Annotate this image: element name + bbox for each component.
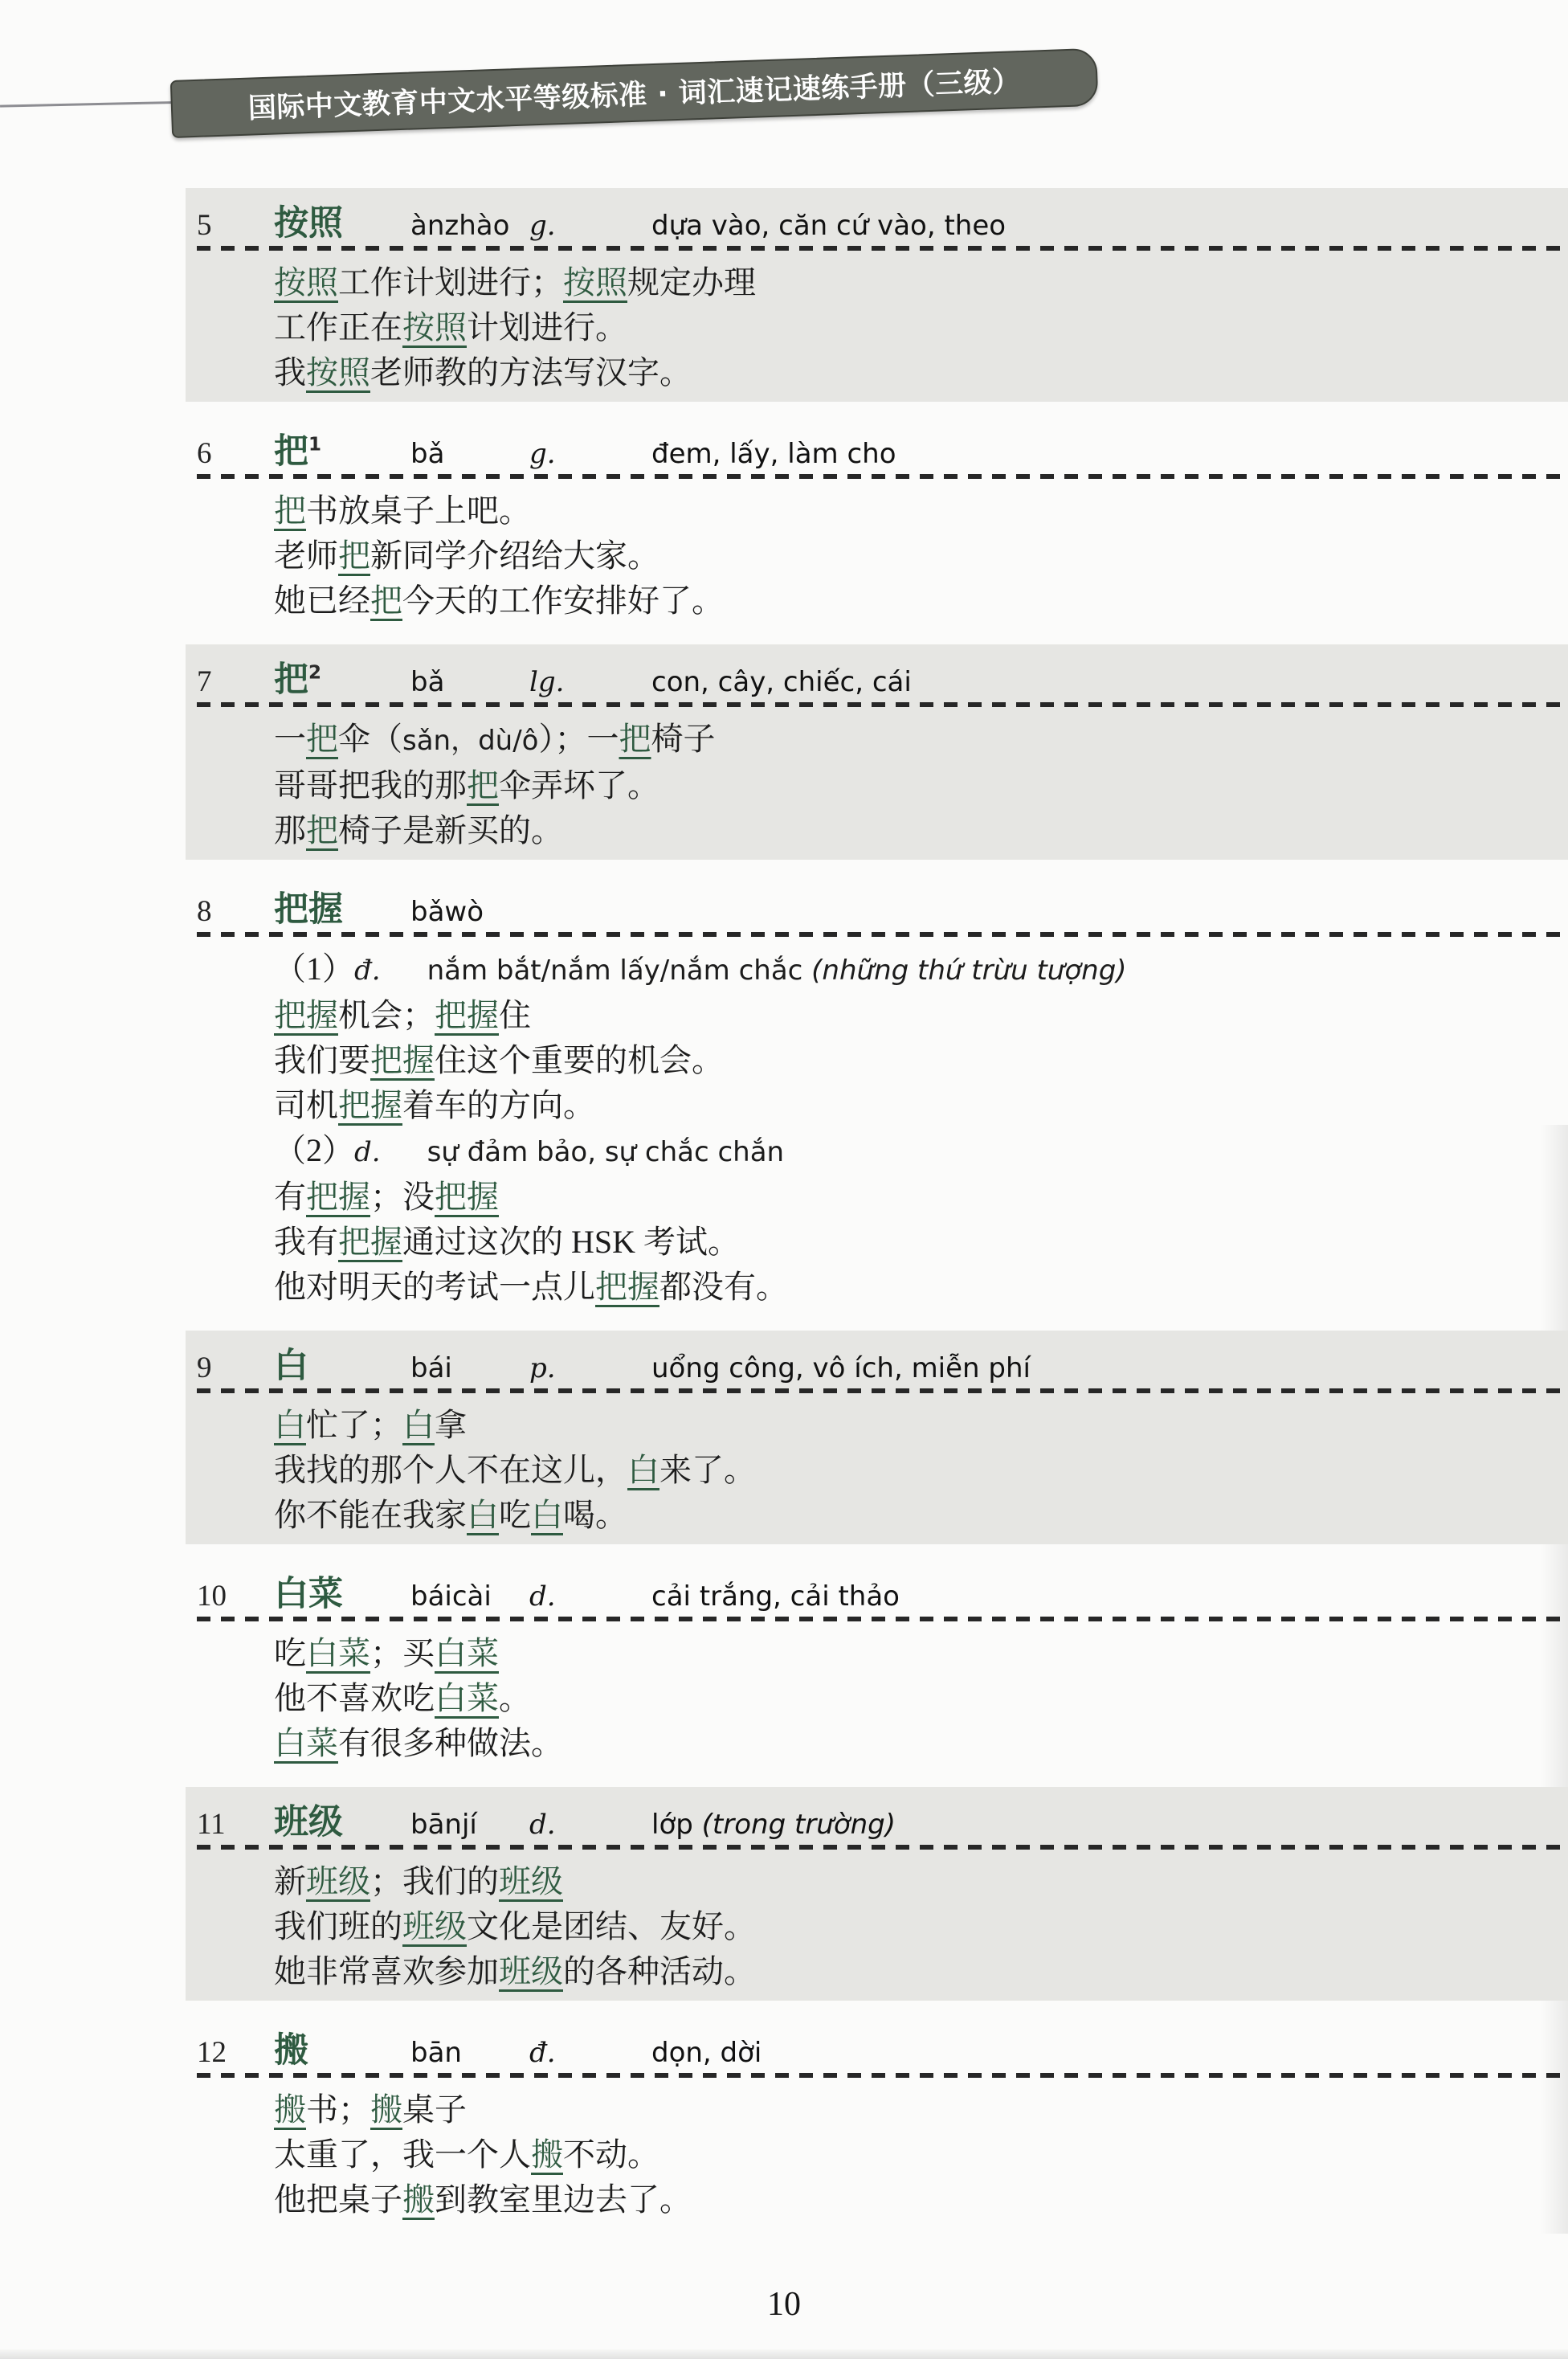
text-segment: 计划进行。: [467, 309, 627, 345]
headword-occurrence: 白: [402, 1407, 435, 1443]
vocab-entry-8: 8把握bǎwò（1）đ.nắm bắt/nắm lấy/nắm chắc (nh…: [197, 877, 1566, 1311]
headword-superscript: 1: [308, 435, 321, 456]
text-segment: 今天的工作安排好了。: [402, 583, 724, 619]
text-segment: 住: [499, 997, 531, 1033]
text-segment: 有: [274, 1179, 306, 1215]
vocab-entry-7: 7把2bǎlg.con, cây, chiếc, cái一把伞（sǎn，dù/ô…: [197, 648, 1566, 855]
text-segment: con, cây, chiếc, cái: [651, 666, 912, 698]
meaning: lớp (trong trường): [651, 1809, 1566, 1841]
vocab-entry-6: 6把1bǎg.đem, lấy, làm cho把书放桌子上吧。老师把新同学介绍…: [197, 419, 1566, 625]
text-segment: 的各种活动。: [563, 1953, 756, 1989]
text-segment: 他不喜欢吃: [274, 1680, 435, 1716]
text-segment: 我找的那个人不在这儿，: [274, 1452, 627, 1488]
entry-number: 12: [197, 2035, 274, 2070]
text-segment: ；我们的: [370, 1863, 499, 1899]
headword: 把1: [274, 424, 410, 473]
text-segment: 他对明天的考试一点儿: [274, 1269, 595, 1305]
headword-occurrence: 班级: [402, 1908, 467, 1944]
headword-occurrence: 把: [370, 583, 402, 619]
text-segment: đem, lấy, làm cho: [651, 438, 896, 470]
text-segment: 吃: [499, 1497, 531, 1533]
entry-number: 10: [197, 1579, 274, 1613]
headword-occurrence: 把握: [370, 1042, 435, 1078]
entry-header: 11班级bānjíd.lớp (trong trường): [197, 1795, 1566, 1843]
example-line: 我们班的班级文化是团结、友好。: [274, 1904, 1566, 1949]
text-segment: 新同学介绍给大家。: [370, 538, 659, 574]
headword-occurrence: 白菜: [435, 1635, 499, 1671]
text-segment: 他把桌子: [274, 2181, 402, 2218]
text-segment: 文化是团结、友好。: [467, 1908, 756, 1944]
text-segment: 到教室里边去了。: [435, 2181, 692, 2218]
headword-occurrence: 把握: [435, 1179, 499, 1215]
text-segment: 来了。: [659, 1452, 756, 1488]
example-line: 工作正在按照计划进行。: [274, 305, 1566, 350]
entry-header: 7把2bǎlg.con, cây, chiếc, cái: [197, 652, 1566, 701]
example-line: 他不喜欢吃白菜。: [274, 1676, 1566, 1721]
example-line: 搬书；搬桌子: [274, 2087, 1566, 2132]
text-segment: 着车的方向。: [402, 1087, 595, 1123]
headword-occurrence: 班级: [499, 1863, 563, 1899]
headword-pinyin: báicài: [410, 1580, 529, 1613]
part-of-speech: đ.: [529, 2037, 651, 2069]
headword: 把2: [274, 652, 410, 701]
text-segment: 伞弄坏了。: [499, 767, 659, 803]
headword-pinyin: bái: [410, 1352, 529, 1384]
text-segment: 书放桌子上吧。: [306, 493, 531, 529]
headword-occurrence: 搬: [402, 2181, 435, 2218]
vocab-entry-10: 10白菜báicàid.cải trắng, cải thảo吃白菜；买白菜他不…: [197, 1562, 1566, 1768]
text-segment: dọn, dời: [651, 2037, 762, 2069]
example-line: 白忙了；白拿: [274, 1403, 1566, 1448]
page-number: 10: [0, 2285, 1568, 2324]
text-segment: （1）: [274, 951, 354, 987]
text-segment: 我有: [274, 1224, 338, 1260]
headword: 把握: [274, 882, 410, 931]
entry-number: 7: [197, 664, 274, 699]
vocab-entry-5: 5按照ànzhàog.dựa vào, căn cứ vào, theo按照工作…: [197, 191, 1566, 397]
examples: 一把伞（sǎn，dù/ô）；一把椅子哥哥把我的那把伞弄坏了。那把椅子是新买的。: [197, 707, 1566, 855]
text-segment: lớp: [651, 1809, 702, 1841]
text-segment: 机会；: [338, 997, 435, 1033]
text-segment: 住这个重要的机会。: [435, 1042, 724, 1078]
headword-occurrence: 把握: [595, 1269, 659, 1305]
headword-occurrence: 搬: [274, 2091, 306, 2128]
text-segment: 太重了，我一个人: [274, 2136, 531, 2173]
text-segment: 我们要: [274, 1042, 370, 1078]
text-segment: 她非常喜欢参加: [274, 1953, 499, 1989]
vocab-entry-12: 12搬bānđ.dọn, dời搬书；搬桌子太重了，我一个人搬不动。他把桌子搬到…: [197, 2018, 1566, 2224]
headword-pinyin: bānjí: [410, 1809, 529, 1841]
headword-pinyin: bǎwò: [410, 896, 529, 928]
vocab-entry-11: 11班级bānjíd.lớp (trong trường)新班级；我们的班级我们…: [197, 1790, 1566, 1996]
headword-occurrence: 白: [627, 1452, 659, 1488]
example-line: 我找的那个人不在这儿，白来了。: [274, 1448, 1566, 1493]
text-segment: 司机: [274, 1087, 338, 1123]
example-line: 一把伞（sǎn，dù/ô）；一把椅子: [274, 717, 1566, 763]
example-line: 她已经把今天的工作安排好了。: [274, 579, 1566, 623]
part-of-speech: p.: [529, 1352, 651, 1384]
headword: 白: [274, 1339, 410, 1388]
text-segment: 椅子: [651, 721, 716, 757]
headword: 搬: [274, 2023, 410, 2072]
headword-occurrence: 把握: [338, 1224, 402, 1260]
examples: 把书放桌子上吧。老师把新同学介绍给大家。她已经把今天的工作安排好了。: [197, 479, 1566, 625]
headword-pinyin: bān: [410, 2037, 529, 2069]
examples: 吃白菜；买白菜他不喜欢吃白菜。白菜有很多种做法。: [197, 1621, 1566, 1768]
text-segment: sǎn，dù/ô: [402, 725, 539, 757]
headword-occurrence: 把: [306, 721, 338, 757]
text-segment: 拿: [435, 1407, 467, 1443]
headword-occurrence: 白: [531, 1497, 563, 1533]
text-segment: đ.: [354, 955, 381, 987]
text-segment: 书；: [306, 2091, 370, 2128]
example-line: 她非常喜欢参加班级的各种活动。: [274, 1949, 1566, 1994]
scanned-book-page: { "banner": { "title": "国际中文教育中文水平等级标准 ·…: [0, 0, 1568, 2359]
text-segment: 。: [499, 1680, 531, 1716]
example-line: 老师把新同学介绍给大家。: [274, 534, 1566, 579]
text-segment: （2）: [274, 1132, 354, 1168]
headword: 班级: [274, 1795, 410, 1844]
text-segment: 我: [274, 354, 306, 390]
headword-pinyin: ànzhào: [410, 210, 529, 242]
text-segment: 都没有。: [659, 1269, 788, 1305]
example-line: 我们要把握住这个重要的机会。: [274, 1038, 1566, 1083]
headword-superscript: 2: [308, 663, 321, 684]
text-segment: dựa vào, căn cứ vào, theo: [651, 210, 1006, 242]
meaning: dựa vào, căn cứ vào, theo: [651, 210, 1566, 242]
example-line: 司机把握着车的方向。: [274, 1083, 1566, 1128]
vocab-entry-9: 9白báip.uổng công, vô ích, miễn phí白忙了；白拿…: [197, 1334, 1566, 1539]
text-segment: 喝。: [563, 1497, 627, 1533]
headword-pinyin: bǎ: [410, 666, 529, 698]
example-line: 太重了，我一个人搬不动。: [274, 2132, 1566, 2177]
example-line: 他把桌子搬到教室里边去了。: [274, 2177, 1566, 2222]
headword-occurrence: 白: [274, 1407, 306, 1443]
text-segment: ；买: [370, 1635, 435, 1671]
example-line: 白菜有很多种做法。: [274, 1721, 1566, 1766]
text-segment: 不动。: [563, 2136, 659, 2173]
text-segment: 我们班的: [274, 1908, 402, 1944]
headword-occurrence: 把握: [435, 997, 499, 1033]
example-line: 把握机会；把握住: [274, 993, 1566, 1038]
text-segment: (trong trường): [702, 1809, 896, 1841]
headword-occurrence: 把握: [338, 1087, 402, 1123]
headword: 白菜: [274, 1567, 410, 1616]
headword-occurrence: 把: [338, 538, 370, 574]
part-of-speech: g.: [529, 210, 651, 242]
entry-header: 12搬bānđ.dọn, dời: [197, 2023, 1566, 2071]
example-line: 有把握；没把握: [274, 1175, 1566, 1220]
headword-occurrence: 把: [467, 767, 499, 803]
meaning: cải trắng, cải thảo: [651, 1580, 1566, 1613]
example-line: （2）d.sự đảm bảo, sự chắc chắn: [274, 1128, 1566, 1175]
entry-header: 9白báip.uổng công, vô ích, miễn phí: [197, 1339, 1566, 1387]
entry-number: 9: [197, 1351, 274, 1385]
example-line: 那把椅子是新买的。: [274, 808, 1566, 853]
text-segment: 忙了；: [306, 1407, 402, 1443]
entry-number: 11: [197, 1807, 274, 1842]
text-segment: 规定办理: [627, 264, 756, 300]
meaning: dọn, dời: [651, 2037, 1566, 2069]
headword-pinyin: bǎ: [410, 438, 529, 470]
headword-occurrence: 把握: [306, 1179, 370, 1215]
text-segment: 那: [274, 812, 306, 848]
text-segment: 老师: [274, 538, 338, 574]
text-segment: 哥哥把我的那: [274, 767, 467, 803]
example-line: 他对明天的考试一点儿把握都没有。: [274, 1265, 1566, 1310]
example-line: 按照工作计划进行；按照规定办理: [274, 260, 1566, 305]
text-segment: ；没: [370, 1179, 435, 1215]
text-segment: 新: [274, 1863, 306, 1899]
text-segment: uổng công, vô ích, miễn phí: [651, 1352, 1031, 1384]
example-line: 新班级；我们的班级: [274, 1859, 1566, 1904]
part-of-speech: lg.: [529, 666, 651, 698]
examples: 新班级；我们的班级我们班的班级文化是团结、友好。她非常喜欢参加班级的各种活动。: [197, 1850, 1566, 1996]
meaning: con, cây, chiếc, cái: [651, 666, 1566, 698]
examples: （1）đ.nắm bắt/nắm lấy/nắm chắc (những thứ…: [197, 937, 1566, 1311]
headword-occurrence: 班级: [306, 1863, 370, 1899]
entry-header: 6把1bǎg.đem, lấy, làm cho: [197, 424, 1566, 472]
text-segment: 工作计划进行；: [338, 264, 563, 300]
example-line: 把书放桌子上吧。: [274, 489, 1566, 534]
entry-header: 8把握bǎwò: [197, 882, 1566, 930]
text-segment: ）；一: [539, 721, 619, 757]
entry-number: 5: [197, 208, 274, 243]
part-of-speech: g.: [529, 438, 651, 470]
headword-occurrence: 搬: [531, 2136, 563, 2173]
text-segment: (những thứ trừu tượng): [811, 955, 1126, 987]
text-segment: 吃: [274, 1635, 306, 1671]
headword: 按照: [274, 196, 410, 245]
example-line: （1）đ.nắm bắt/nắm lấy/nắm chắc (những thứ…: [274, 946, 1566, 993]
headword-occurrence: 白: [467, 1497, 499, 1533]
text-segment: 伞（: [338, 721, 402, 757]
banner-title: 国际中文教育中文水平等级标准 · 词汇速记速练手册（三级）: [247, 59, 1021, 127]
headword-occurrence: 搬: [370, 2091, 402, 2128]
examples: 白忙了；白拿我找的那个人不在这儿，白来了。你不能在我家白吃白喝。: [197, 1393, 1566, 1539]
scan-artifact-line: [0, 101, 175, 108]
headword-occurrence: 按照: [402, 309, 467, 345]
text-segment: sự đảm bảo, sự chắc chắn: [427, 1136, 785, 1168]
part-of-speech: d.: [529, 1809, 651, 1841]
headword-occurrence: 按照: [563, 264, 627, 300]
example-line: 我有把握通过这次的 HSK 考试。: [274, 1220, 1566, 1265]
headword-occurrence: 把: [306, 812, 338, 848]
text-segment: 老师教的方法写汉字。: [370, 354, 692, 390]
headword-occurrence: 白菜: [306, 1635, 370, 1671]
text-segment: 椅子是新买的。: [338, 812, 563, 848]
headword-occurrence: 把: [619, 721, 651, 757]
text-segment: cải trắng, cải thảo: [651, 1580, 900, 1613]
chapter-banner: 国际中文教育中文水平等级标准 · 词汇速记速练手册（三级）: [170, 48, 1099, 138]
text-segment: 有很多种做法。: [338, 1725, 563, 1761]
headword-occurrence: 把: [274, 493, 306, 529]
text-segment: 她已经: [274, 583, 370, 619]
text-segment: 桌子: [402, 2091, 467, 2128]
examples: 按照工作计划进行；按照规定办理工作正在按照计划进行。我按照老师教的方法写汉字。: [197, 251, 1566, 397]
headword-occurrence: 白菜: [435, 1680, 499, 1716]
text-segment: d.: [354, 1136, 381, 1168]
example-line: 我按照老师教的方法写汉字。: [274, 350, 1566, 395]
text-segment: 你不能在我家: [274, 1497, 467, 1533]
text-segment: 通过这次的 HSK 考试。: [402, 1224, 740, 1260]
headword-occurrence: 把握: [274, 997, 338, 1033]
example-line: 哥哥把我的那把伞弄坏了。: [274, 763, 1566, 808]
part-of-speech: d.: [529, 1580, 651, 1613]
entry-number: 6: [197, 436, 274, 471]
headword-occurrence: 白菜: [274, 1725, 338, 1761]
meaning: uổng công, vô ích, miễn phí: [651, 1352, 1566, 1384]
headword-occurrence: 按照: [306, 354, 370, 390]
meaning: đem, lấy, làm cho: [651, 438, 1566, 470]
entry-header: 5按照ànzhàog.dựa vào, căn cứ vào, theo: [197, 196, 1566, 244]
examples: 搬书；搬桌子太重了，我一个人搬不动。他把桌子搬到教室里边去了。: [197, 2078, 1566, 2224]
entry-header: 10白菜báicàid.cải trắng, cải thảo: [197, 1567, 1566, 1615]
headword-occurrence: 班级: [499, 1953, 563, 1989]
vocab-entries: 5按照ànzhàog.dựa vào, căn cứ vào, theo按照工作…: [197, 191, 1566, 2247]
text-segment: 工作正在: [274, 309, 402, 345]
entry-number: 8: [197, 894, 274, 929]
example-line: 你不能在我家白吃白喝。: [274, 1493, 1566, 1538]
headword-occurrence: 按照: [274, 264, 338, 300]
page-bottom-edge: [0, 2349, 1568, 2359]
text-segment: nắm bắt/nắm lấy/nắm chắc: [427, 955, 812, 987]
text-segment: 一: [274, 721, 306, 757]
example-line: 吃白菜；买白菜: [274, 1631, 1566, 1676]
